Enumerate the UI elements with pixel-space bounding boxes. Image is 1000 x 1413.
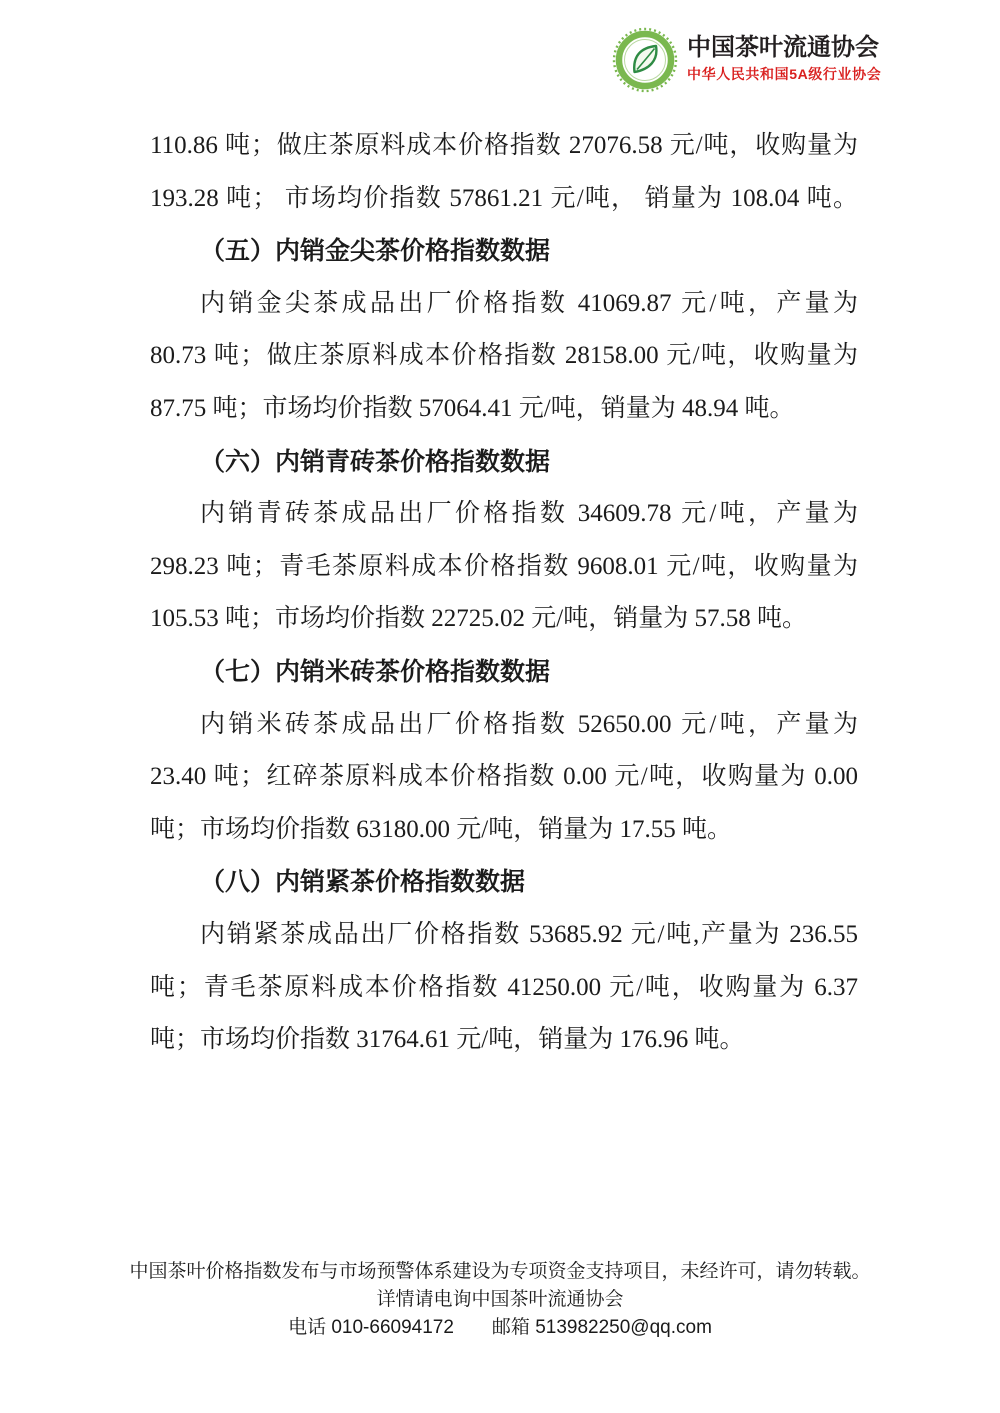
section-heading: （五）内销金尖茶价格指数数据 <box>150 225 858 278</box>
body-line: 吨；市场均价指数 63180.00 元/吨，销量为 17.55 吨。 <box>150 804 858 857</box>
body-line: 内销紧茶成品出厂价格指数 53685.92 元/吨,产量为 236.55 <box>150 909 858 962</box>
footer: 中国茶叶价格指数发布与市场预警体系建设为专项资金支持项目，未经许可，请勿转载。 … <box>0 1258 1000 1342</box>
org-header: 中国茶叶流通协会 中华人民共和国5A级行业协会 <box>612 27 881 93</box>
body-line: 内销金尖茶成品出厂价格指数 41069.87 元/吨，产量为 <box>150 278 858 331</box>
body-line: 吨；青毛茶原料成本价格指数 41250.00 元/吨，收购量为 6.37 <box>150 962 858 1015</box>
body-line: 193.28 吨； 市场均价指数 57861.21 元/吨， 销量为 108.0… <box>150 173 858 226</box>
section-heading: （八）内销紧茶价格指数数据 <box>150 856 858 909</box>
footer-phone: 电话 010-66094172 <box>288 1317 454 1338</box>
body-line: 87.75 吨；市场均价指数 57064.41 元/吨，销量为 48.94 吨。 <box>150 383 858 436</box>
footer-note: 中国茶叶价格指数发布与市场预警体系建设为专项资金支持项目，未经许可，请勿转载。 <box>0 1258 1000 1286</box>
document-body: 110.86 吨；做庄茶原料成本价格指数 27076.58 元/吨，收购量为 1… <box>150 120 858 1067</box>
body-line: 内销青砖茶成品出厂价格指数 34609.78 元/吨，产量为 <box>150 488 858 541</box>
section-heading: （六）内销青砖茶价格指数数据 <box>150 436 858 489</box>
body-line: 23.40 吨；红碎茶原料成本价格指数 0.00 元/吨，收购量为 0.00 <box>150 751 858 804</box>
section-heading: （七）内销米砖茶价格指数数据 <box>150 646 858 699</box>
footer-email: 邮箱 513982250@qq.com <box>492 1317 712 1338</box>
footer-contact-details: 电话 010-66094172邮箱 513982250@qq.com <box>0 1314 1000 1342</box>
document-page: 中国茶叶流通协会 中华人民共和国5A级行业协会 110.86 吨；做庄茶原料成本… <box>0 0 1000 1413</box>
body-line: 内销米砖茶成品出厂价格指数 52650.00 元/吨，产量为 <box>150 699 858 752</box>
tea-association-logo-icon <box>612 27 678 93</box>
body-line: 105.53 吨；市场均价指数 22725.02 元/吨，销量为 57.58 吨… <box>150 593 858 646</box>
org-name: 中国茶叶流通协会 <box>687 34 881 62</box>
body-line: 110.86 吨；做庄茶原料成本价格指数 27076.58 元/吨，收购量为 <box>150 120 858 173</box>
footer-contact: 详情请电询中国茶叶流通协会 <box>0 1286 1000 1314</box>
body-line: 80.73 吨；做庄茶原料成本价格指数 28158.00 元/吨，收购量为 <box>150 330 858 383</box>
org-header-text: 中国茶叶流通协会 中华人民共和国5A级行业协会 <box>687 27 881 83</box>
org-subtitle: 中华人民共和国5A级行业协会 <box>687 65 881 83</box>
body-line: 298.23 吨；青毛茶原料成本价格指数 9608.01 元/吨，收购量为 <box>150 541 858 594</box>
body-line: 吨；市场均价指数 31764.61 元/吨，销量为 176.96 吨。 <box>150 1014 858 1067</box>
